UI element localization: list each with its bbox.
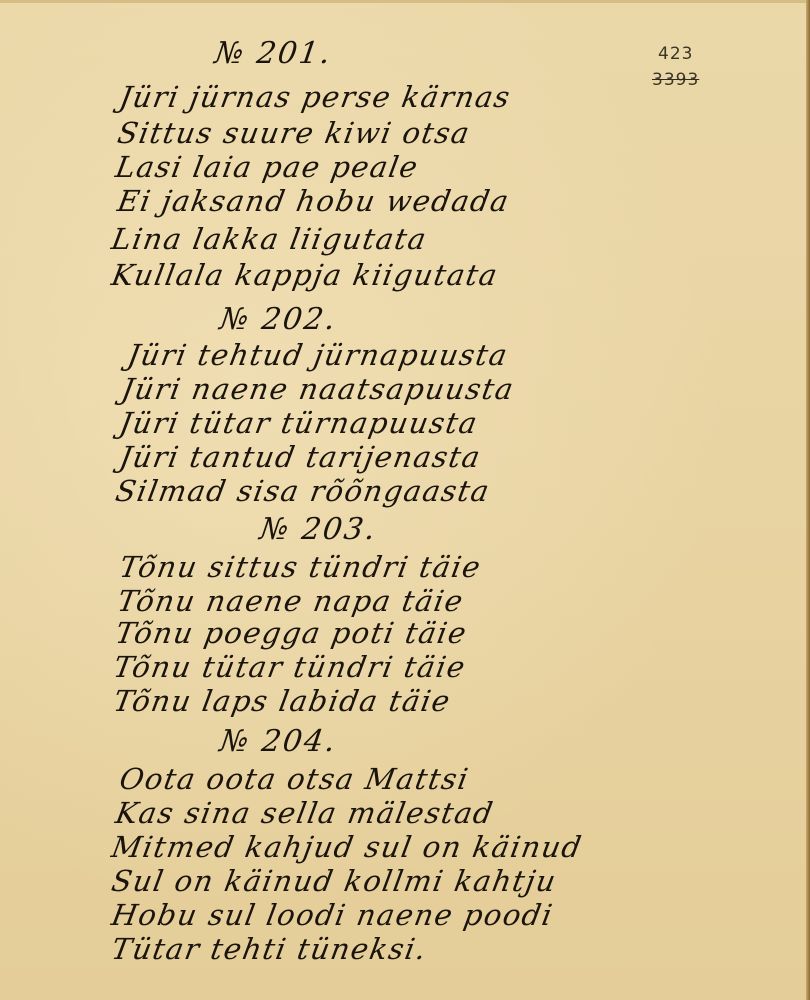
song-number: № 203. — [258, 512, 380, 547]
song-number: № 201. — [213, 36, 335, 71]
song-line: Jüri jürnas perse kärnas — [117, 80, 514, 114]
song-line: Sul on käinud kollmi kahtju — [109, 864, 560, 898]
song-line: Oota oota otsa Mattsi — [117, 762, 472, 796]
song-line: Lina lakka liigutata — [109, 222, 430, 256]
song-line: Tõnu laps labida täie — [111, 684, 454, 718]
song-line: Tõnu naene napa täie — [115, 584, 467, 618]
song-line: Tõnu poegga poti täie — [113, 616, 470, 650]
song-number: № 202. — [218, 302, 340, 337]
song-line: Jüri naene naatsapuusta — [119, 372, 517, 406]
song-line: Mitmed kahjud sul on käinud — [109, 830, 585, 864]
song-number: № 204. — [218, 724, 340, 759]
song-line: Jüri tantud tarijenasta — [117, 440, 484, 474]
song-line: Tütar tehti tüneksi. — [109, 932, 430, 966]
song-line: Hobu sul loodi naene poodi — [109, 898, 556, 932]
song-line: Jüri tütar türnapuusta — [117, 406, 481, 440]
manuscript-text: № 201. Jüri jürnas perse kärnas Sittus s… — [0, 0, 810, 1000]
song-line: Silmad sisa rõõngaasta — [113, 474, 493, 508]
song-line: Jüri tehtud jürnapuusta — [125, 338, 511, 372]
song-line: Kullala kappja kiigutata — [109, 258, 501, 292]
song-line: Sittus suure kiwi otsa — [115, 116, 473, 150]
song-line: Lasi laia pae peale — [113, 150, 421, 184]
song-line: Tõnu tütar tündri täie — [111, 650, 469, 684]
song-line: Kas sina sella mälestad — [113, 796, 497, 830]
song-line: Ei jaksand hobu wedada — [115, 184, 512, 218]
manuscript-page: 423 3393 № 201. Jüri jürnas perse kärnas… — [0, 0, 810, 1000]
song-line: Tõnu sittus tündri täie — [117, 550, 484, 584]
